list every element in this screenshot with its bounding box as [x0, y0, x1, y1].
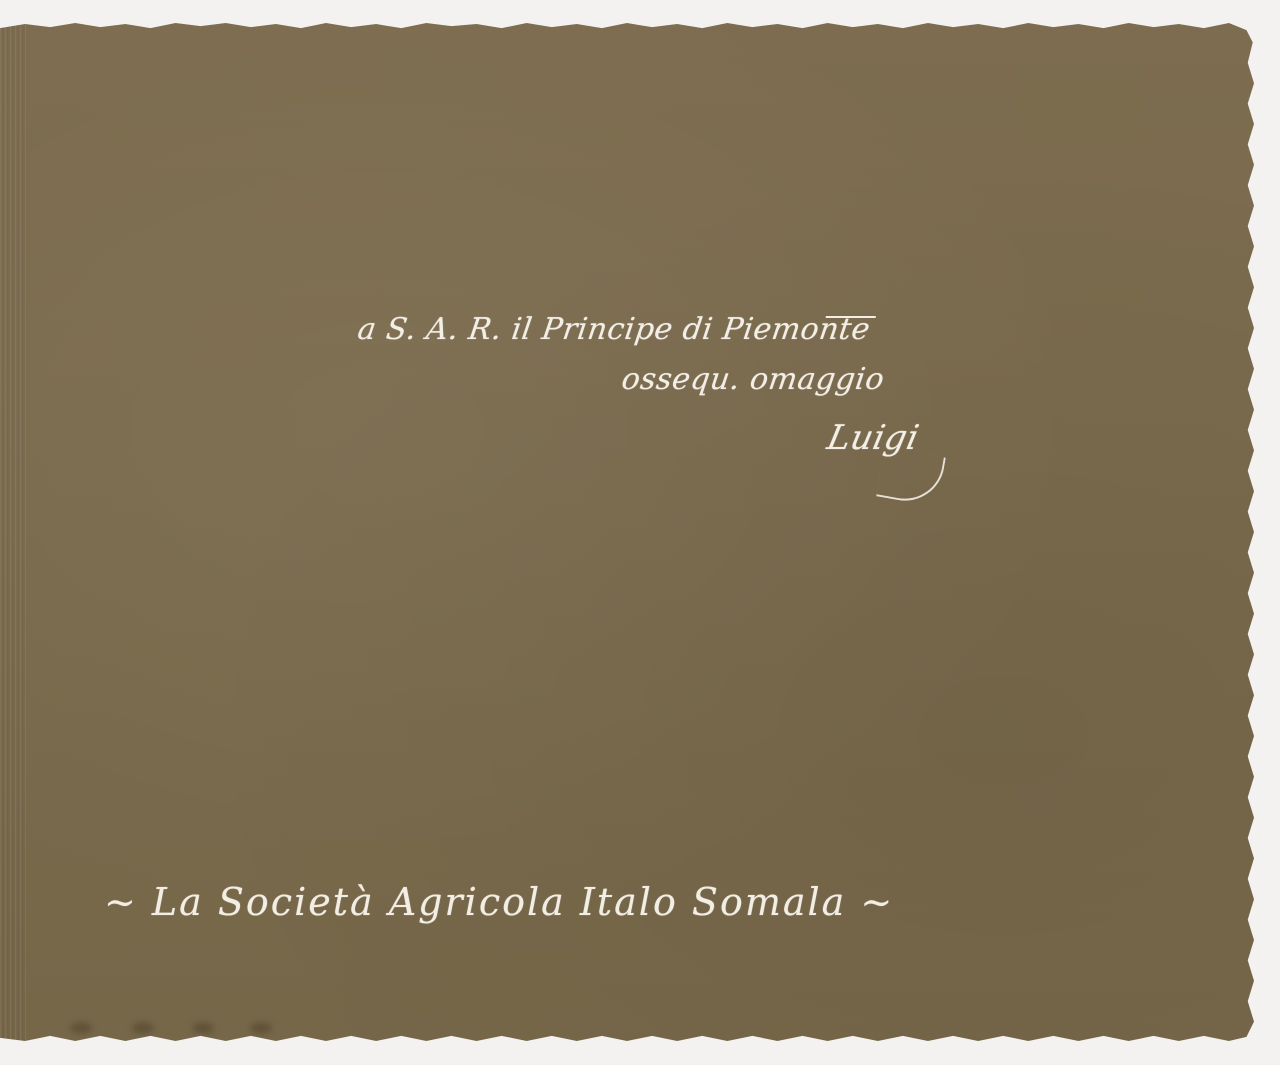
binding-mark — [132, 1022, 154, 1034]
dedication-line-1: a S. A. R. il Principe di Piemonte — [356, 312, 873, 347]
binding-mark — [192, 1022, 214, 1034]
dedication-line-2: ossequ. omaggio — [620, 362, 887, 397]
footer-title: ~ La Società Agricola Italo Somala ~ — [104, 880, 894, 924]
stacked-page-edges — [0, 22, 26, 1042]
scan-background: a S. A. R. il Principe di Piemonte osseq… — [0, 0, 1280, 1065]
binding-mark — [70, 1022, 92, 1034]
binding-mark — [250, 1022, 272, 1034]
